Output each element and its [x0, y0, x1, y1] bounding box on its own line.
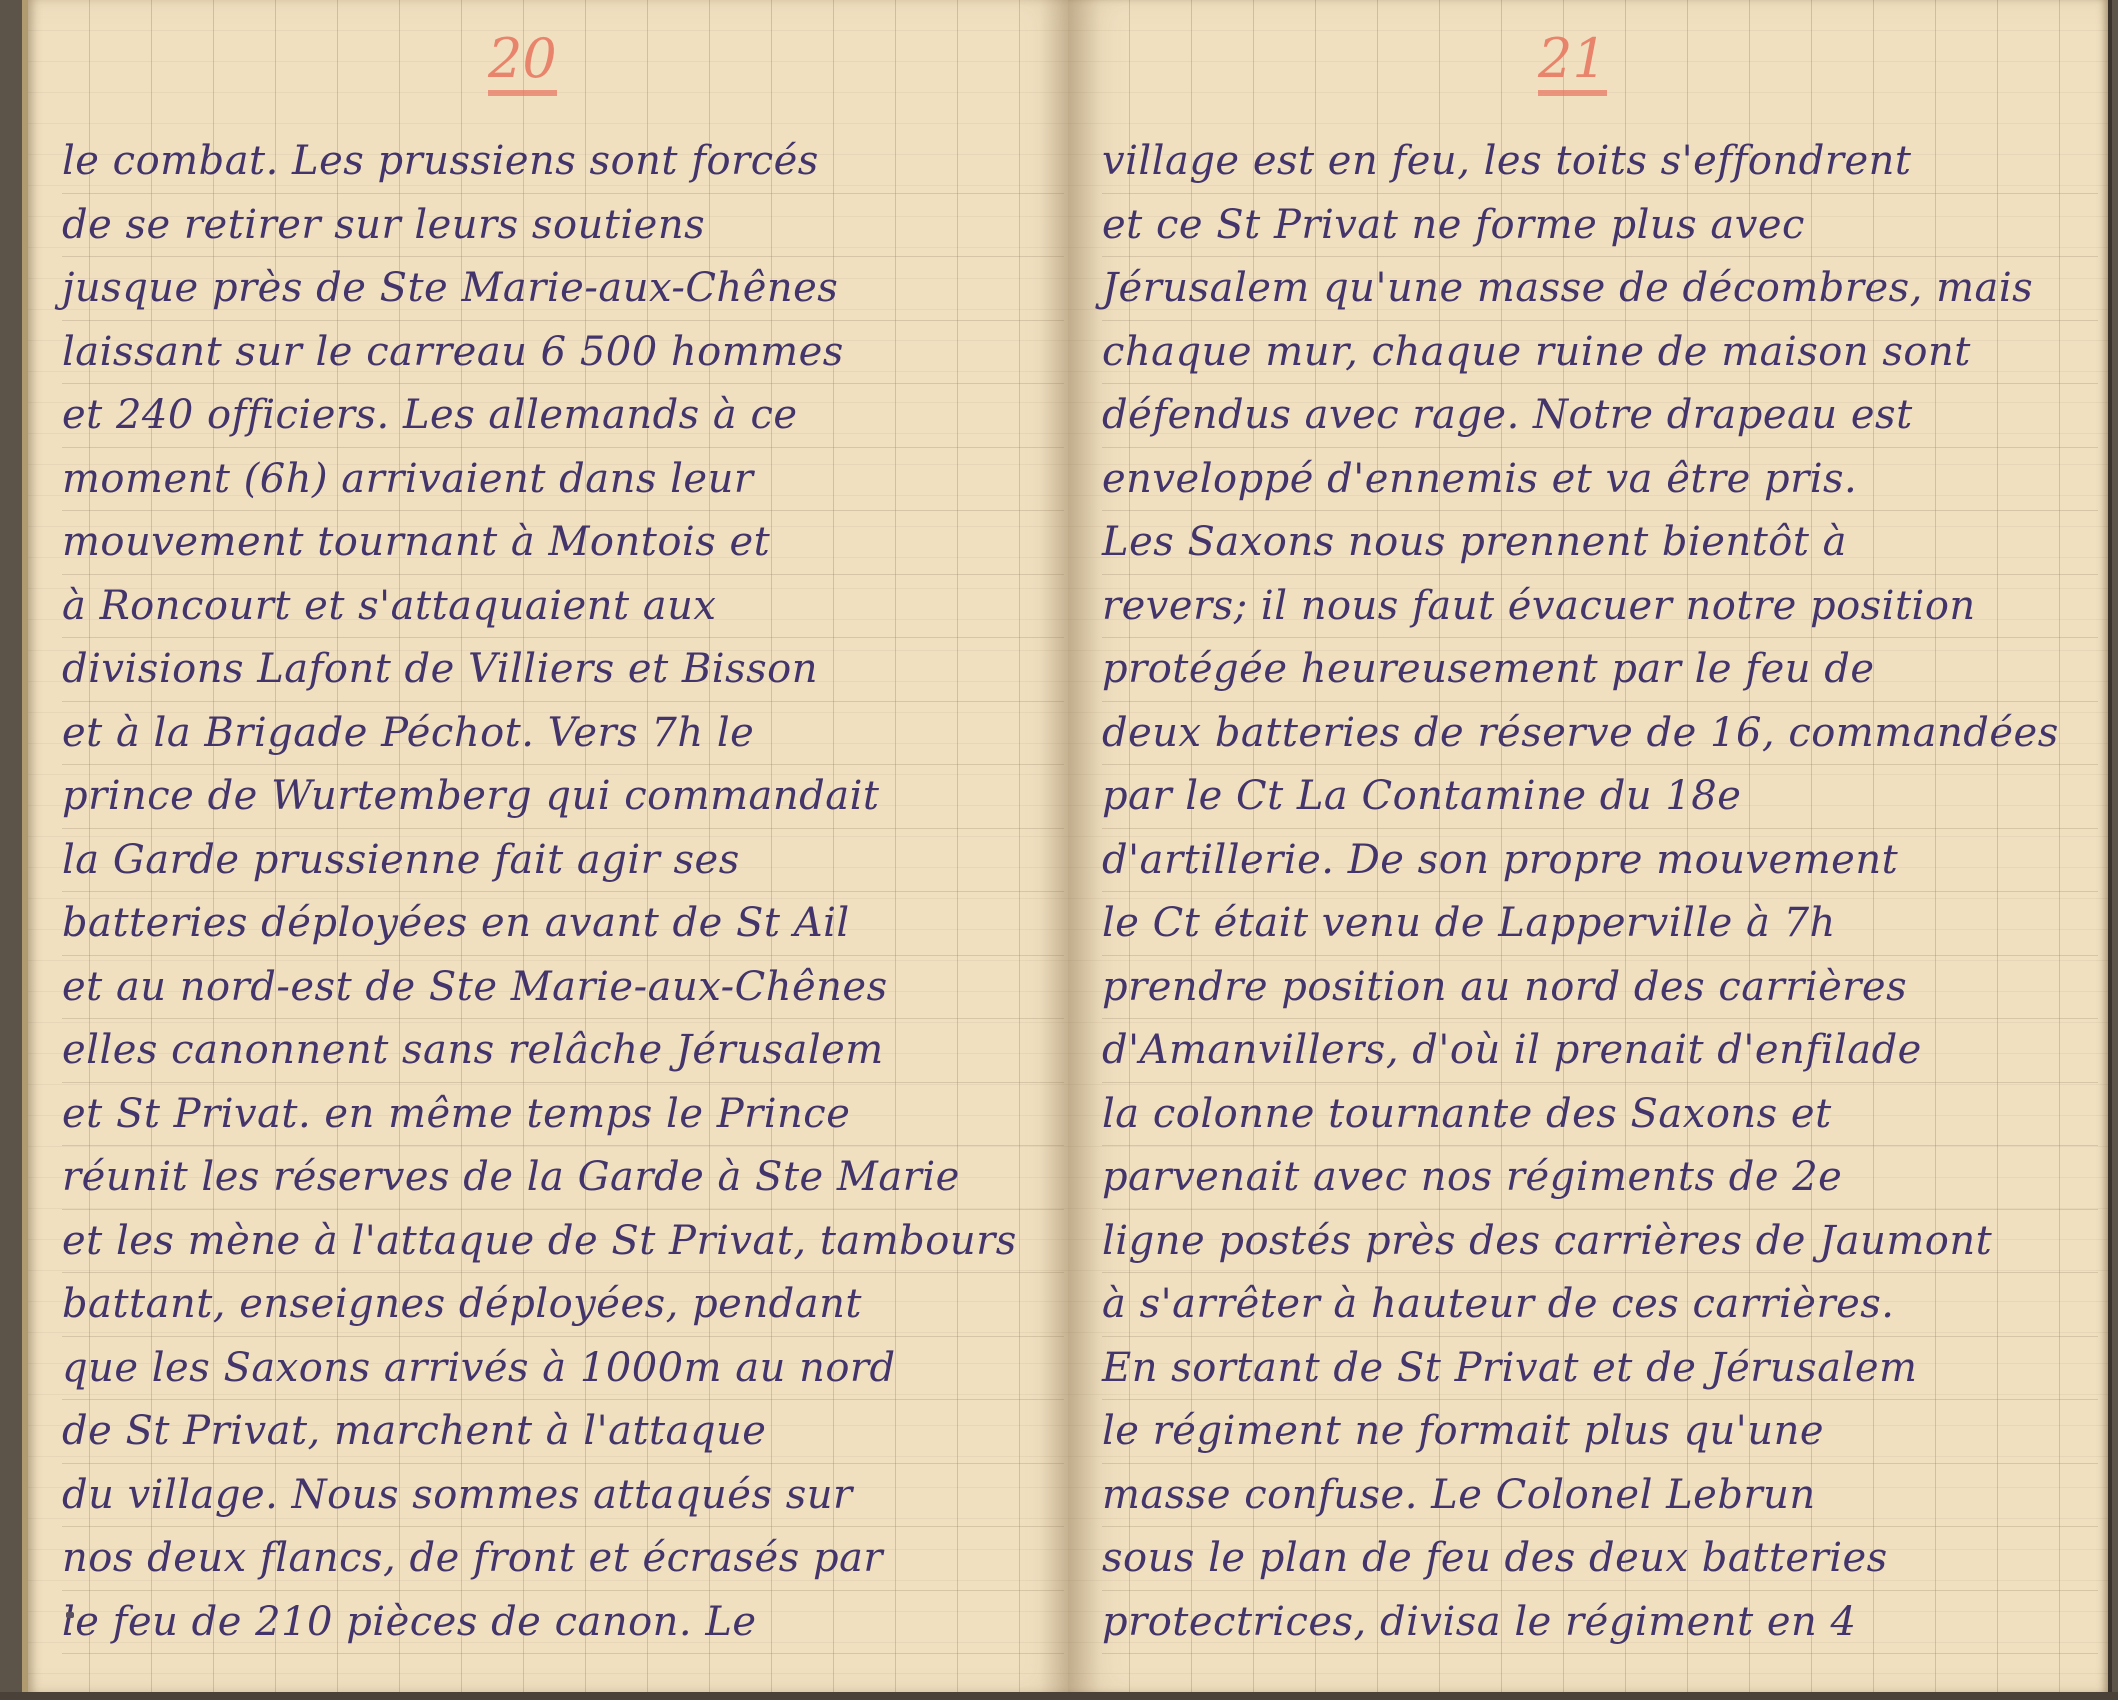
- text-line: le régiment ne formait plus qu'une: [1102, 1400, 2098, 1464]
- text-line: prince de Wurtemberg qui commandait: [62, 765, 1064, 829]
- text-line: la colonne tournante des Saxons et: [1102, 1083, 2098, 1147]
- text-line: défendus avec rage. Notre drapeau est: [1102, 384, 2098, 448]
- text-line: le feu de 210 pièces de canon. Le: [62, 1591, 1064, 1655]
- text-line: par le Ct La Contamine du 18e: [1102, 765, 2098, 829]
- text-line: En sortant de St Privat et de Jérusalem: [1102, 1337, 2098, 1401]
- text-line: et au nord-est de Ste Marie-aux-Chênes: [62, 956, 1064, 1020]
- text-line: prendre position au nord des carrières: [1102, 956, 2098, 1020]
- page-number-left: 20: [488, 32, 557, 96]
- text-line: protectrices, divisa le régiment en 4: [1102, 1591, 2098, 1655]
- left-page: 20 le combat. Les prussiens sont forcés …: [22, 0, 1074, 1692]
- text-line: protégée heureusement par le feu de: [1102, 638, 2098, 702]
- text-line: masse confuse. Le Colonel Lebrun: [1102, 1464, 2098, 1528]
- left-page-text: le combat. Les prussiens sont forcés de …: [62, 130, 1064, 1654]
- text-line: et ce St Privat ne forme plus avec: [1102, 194, 2098, 258]
- text-line: le Ct était venu de Lapperville à 7h: [1102, 892, 2098, 956]
- text-line: revers; il nous faut évacuer notre posit…: [1102, 575, 2098, 639]
- text-line: parvenait avec nos régiments de 2e: [1102, 1146, 2098, 1210]
- text-line: moment (6h) arrivaient dans leur: [62, 448, 1064, 512]
- right-page-text: village est en feu, les toits s'effondre…: [1102, 130, 2098, 1654]
- text-line: Les Saxons nous prennent bientôt à: [1102, 511, 2098, 575]
- text-line: sous le plan de feu des deux batteries: [1102, 1527, 2098, 1591]
- text-line: laissant sur le carreau 6 500 hommes: [62, 321, 1064, 385]
- text-line: chaque mur, chaque ruine de maison sont: [1102, 321, 2098, 385]
- text-line: nos deux flancs, de front et écrasés par: [62, 1527, 1064, 1591]
- right-page: 21 village est en feu, les toits s'effon…: [1068, 0, 2112, 1692]
- text-line: que les Saxons arrivés à 1000m au nord: [62, 1337, 1064, 1401]
- text-line: elles canonnent sans relâche Jérusalem: [62, 1019, 1064, 1083]
- text-line: et St Privat. en même temps le Prince: [62, 1083, 1064, 1147]
- text-line: batteries déployées en avant de St Ail: [62, 892, 1064, 956]
- text-line: village est en feu, les toits s'effondre…: [1102, 130, 2098, 194]
- text-line: à s'arrêter à hauteur de ces carrières.: [1102, 1273, 2098, 1337]
- text-line: et à la Brigade Péchot. Vers 7h le: [62, 702, 1064, 766]
- notebook-spread: 20 le combat. Les prussiens sont forcés …: [0, 0, 2118, 1700]
- text-line: d'artillerie. De son propre mouvement: [1102, 829, 2098, 893]
- text-line: la Garde prussienne fait agir ses: [62, 829, 1064, 893]
- margin-mark: [66, 1612, 74, 1618]
- text-line: mouvement tournant à Montois et: [62, 511, 1064, 575]
- text-line: et les mène à l'attaque de St Privat, ta…: [62, 1210, 1064, 1274]
- text-line: d'Amanvillers, d'où il prenait d'enfilad…: [1102, 1019, 2098, 1083]
- text-line: divisions Lafont de Villiers et Bisson: [62, 638, 1064, 702]
- text-line: ligne postés près des carrières de Jaumo…: [1102, 1210, 2098, 1274]
- book-bottom-edge: [0, 1692, 2118, 1700]
- text-line: battant, enseignes déployées, pendant: [62, 1273, 1064, 1337]
- text-line: à Roncourt et s'attaquaient aux: [62, 575, 1064, 639]
- text-line: de St Privat, marchent à l'attaque: [62, 1400, 1064, 1464]
- text-line: réunit les réserves de la Garde à Ste Ma…: [62, 1146, 1064, 1210]
- text-line: du village. Nous sommes attaqués sur: [62, 1464, 1064, 1528]
- text-line: enveloppé d'ennemis et va être pris.: [1102, 448, 2098, 512]
- text-line: Jérusalem qu'une masse de décombres, mai…: [1102, 257, 2098, 321]
- text-line: le combat. Les prussiens sont forcés: [62, 130, 1064, 194]
- text-line: et 240 officiers. Les allemands à ce: [62, 384, 1064, 448]
- text-line: jusque près de Ste Marie-aux-Chênes: [62, 257, 1064, 321]
- page-number-right: 21: [1538, 32, 1607, 96]
- text-line: de se retirer sur leurs soutiens: [62, 194, 1064, 258]
- text-line: deux batteries de réserve de 16, command…: [1102, 702, 2098, 766]
